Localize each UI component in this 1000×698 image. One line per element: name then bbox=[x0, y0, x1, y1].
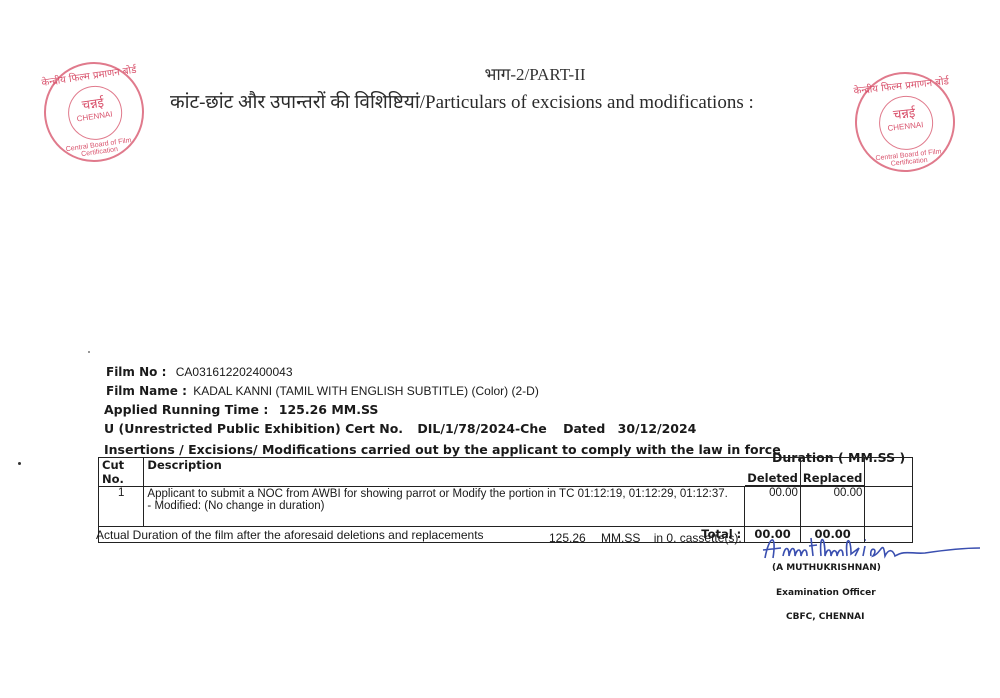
stamp-ring-bottom: Central Board of Film Certification bbox=[860, 147, 957, 171]
description-line-1: Applicant to submit a NOC from AWBI for … bbox=[147, 488, 741, 500]
actual-duration-unit: MM.SS bbox=[601, 531, 640, 545]
running-time-label: Applied Running Time : bbox=[104, 402, 268, 417]
scan-speck bbox=[18, 462, 21, 465]
cert-number: DIL/1/78/2024-Che bbox=[417, 421, 546, 436]
film-name-label: Film Name : bbox=[106, 384, 187, 398]
cert-dated-label: Dated bbox=[563, 421, 605, 436]
actual-duration-label: Actual Duration of the film after the af… bbox=[96, 528, 484, 542]
film-no-line: Film No : CA031612202400043 bbox=[106, 365, 293, 379]
cassette-count: in 0. cassette(s). bbox=[654, 531, 742, 545]
cbfc-stamp-right: केन्द्रीय फिल्म प्रमाणन बोर्ड चन्नई CHEN… bbox=[850, 67, 960, 177]
actual-duration-line: 125.26 MM.SS in 0. cassette(s). bbox=[549, 531, 742, 545]
film-name-value: KADAL KANNI (TAMIL WITH ENGLISH SUBTITLE… bbox=[193, 384, 539, 398]
signature-icon bbox=[755, 528, 985, 568]
certificate-line: U (Unrestricted Public Exhibition) Cert … bbox=[104, 421, 696, 436]
page-title: कांट-छांट और उपान्तरों की विशिष्टियां/Pa… bbox=[170, 88, 754, 114]
cbfc-stamp-left: केन्द्रीय फिल्म प्रमाणन बोर्ड चन्नई CHEN… bbox=[38, 56, 151, 169]
cert-type-label: U (Unrestricted Public Exhibition) Cert … bbox=[104, 421, 403, 436]
replaced-cell: Replaced 00.00 bbox=[800, 487, 864, 527]
signatory-role: Examination Officer bbox=[776, 588, 876, 598]
scan-speck bbox=[88, 351, 90, 353]
running-time-value: 125.26 MM.SS bbox=[279, 402, 379, 417]
film-name-line: Film Name : KADAL KANNI (TAMIL WITH ENGL… bbox=[106, 384, 539, 398]
description-cell: Applicant to submit a NOC from AWBI for … bbox=[144, 487, 745, 527]
running-time-line: Applied Running Time : 125.26 MM.SS bbox=[104, 402, 378, 417]
col-cut-no: Cut No. bbox=[99, 458, 144, 487]
replaced-value: 00.00 bbox=[801, 486, 864, 500]
deleted-value: 00.00 bbox=[745, 486, 800, 500]
signatory-name: (A MUTHUKRISHNAN) bbox=[772, 563, 881, 573]
film-no-value: CA031612202400043 bbox=[176, 365, 293, 379]
part-label: भाग-2/PART-II bbox=[0, 62, 1000, 85]
cert-dated-value: 30/12/2024 bbox=[618, 421, 697, 436]
description-line-2: - Modified: (No change in duration) bbox=[147, 500, 741, 512]
actual-duration-value: 125.26 bbox=[549, 531, 586, 545]
table-row: 1 Applicant to submit a NOC from AWBI fo… bbox=[99, 487, 913, 527]
deleted-cell: Deleted 00.00 bbox=[745, 487, 801, 527]
signatory-office: CBFC, CHENNAI bbox=[786, 612, 864, 622]
section-heading: Insertions / Excisions/ Modifications ca… bbox=[104, 442, 781, 457]
cut-no-cell: 1 bbox=[99, 487, 144, 527]
film-no-label: Film No : bbox=[106, 365, 166, 379]
col-description: Description bbox=[144, 458, 745, 487]
replaced-header: Replaced bbox=[801, 471, 864, 486]
deleted-header: Deleted bbox=[745, 471, 800, 486]
empty-cell bbox=[865, 487, 913, 527]
col-empty bbox=[865, 458, 913, 487]
